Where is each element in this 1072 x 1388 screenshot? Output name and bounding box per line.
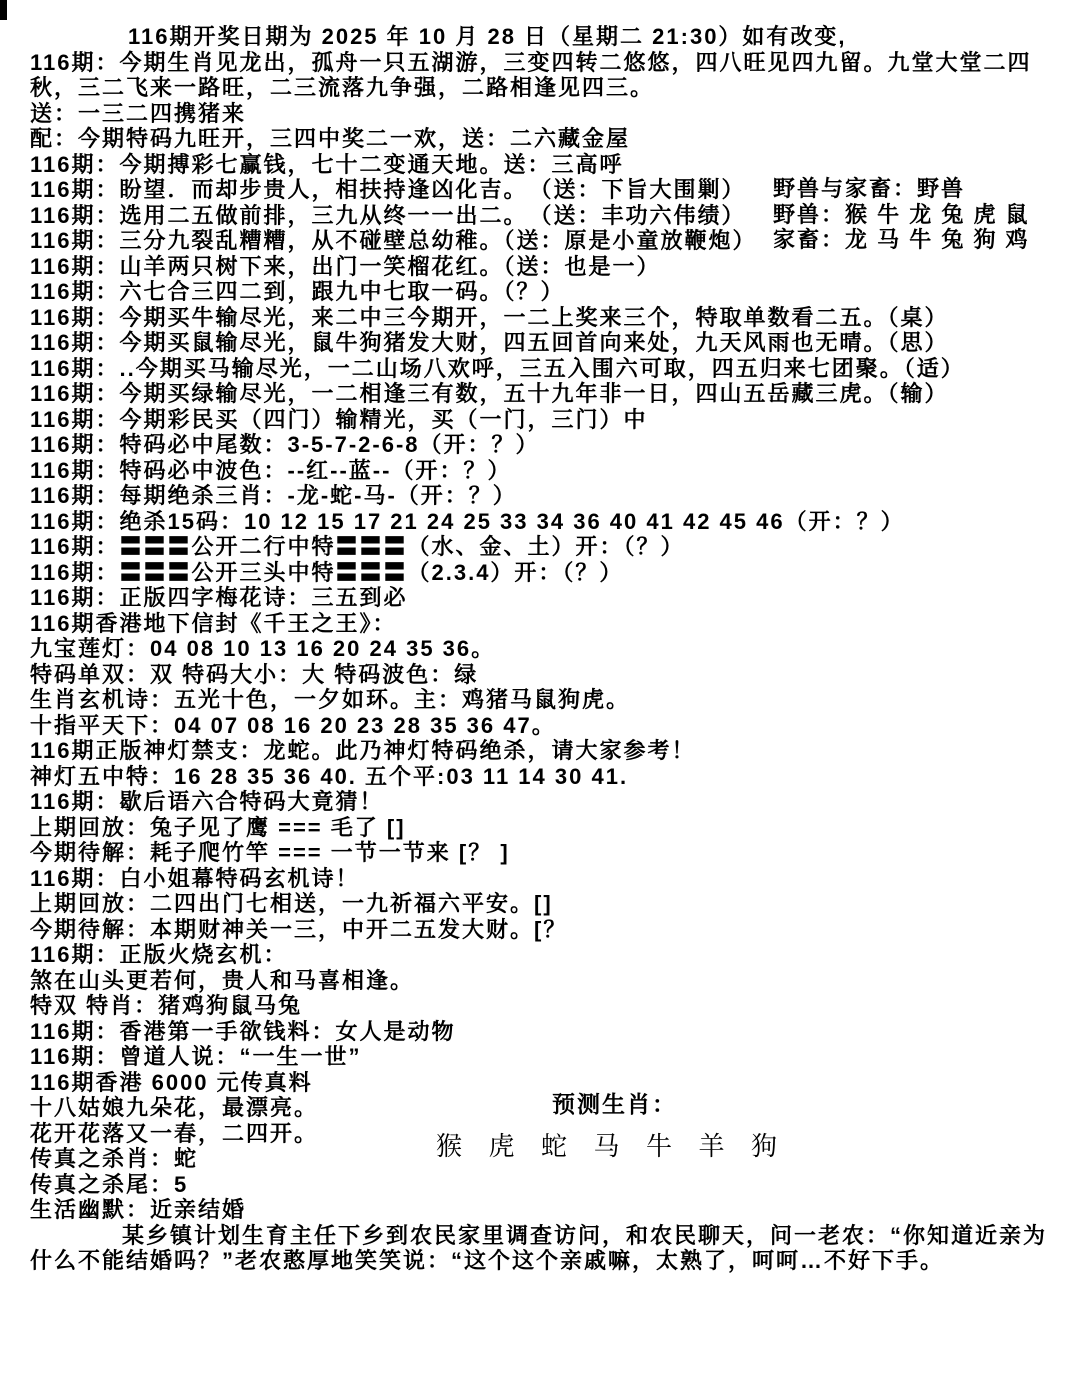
text-line: 生活幽默：近亲结婚 — [30, 1197, 1068, 1223]
text-line: 配：今期特码九旺开，三四中奖二一欢，送：二六藏金屋 — [30, 126, 1068, 152]
text-line: 传真之杀尾：5 — [30, 1172, 1068, 1198]
text-line: 116期：歇后语六合特码大竟猜！ — [30, 789, 1068, 815]
text-line: 116期：..今期买马输尽光，一二山场八欢呼，三五入围六可取，四五归来七团聚。（… — [30, 356, 1068, 382]
text-line: 116期：每期绝杀三肖：-龙-蛇-马-（开：？） — [30, 483, 1068, 509]
text-line: 上期回放：兔子见了鹰 === 毛了 [] — [30, 815, 1068, 841]
text-line: 116期：香港第一手欲钱料：女人是动物 — [30, 1019, 1068, 1045]
text-line: 今期待解：耗子爬竹竿 === 一节一节来 [？ ] — [30, 840, 1068, 866]
text-line: 116期：今期生肖见龙出，孤舟一只五湖游，三变四转二悠悠，四八旺见四九留。九堂大… — [30, 50, 1068, 101]
text-line: 116期：白小姐幕特码玄机诗！ — [30, 866, 1068, 892]
text-line: 116期正版神灯禁支：龙蛇。此乃神灯特码绝杀，请大家参考！ — [30, 738, 1068, 764]
beasts-domestic-header: 野兽与家畜：野兽 — [773, 176, 1030, 202]
text-line: 十八姑娘九朵花，最漂亮。 — [30, 1095, 1068, 1121]
text-line: 116期：今期买鼠输尽光，鼠牛狗猪发大财，四五回首向来处，九天风雨也无晴。（思） — [30, 330, 1068, 356]
text-line: 116期：正版火烧玄机： — [30, 942, 1068, 968]
beasts-domestic-panel: 野兽与家畜：野兽 野兽：猴 牛 龙 兔 虎 鼠 家畜：龙 马 牛 兔 狗 鸡 — [773, 176, 1030, 253]
text-line: 特码单双：双 特码大小：大 特码波色：绿 — [30, 662, 1068, 688]
text-line: 116期：特码必中波色：--红--蓝--（开：？） — [30, 458, 1068, 484]
text-line: 送：一三二四携猪来 — [30, 101, 1068, 127]
text-line: 煞在山头更若何，贵人和马喜相逢。 — [30, 968, 1068, 994]
prediction-zodiac-animals: 猴 虎 蛇 马 牛 羊 狗 — [436, 1126, 779, 1163]
text-line: 116期开奖日期为 2025 年 10 月 28 日（星期二 21:30）如有改… — [128, 24, 1068, 50]
wild-beasts-line: 野兽：猴 牛 龙 兔 虎 鼠 — [773, 202, 1030, 228]
text-line: 十指平天下：04 07 08 16 20 23 28 35 36 47。 — [30, 713, 1068, 739]
lottery-tip-sheet-page: 116期开奖日期为 2025 年 10 月 28 日（星期二 21:30）如有改… — [0, 0, 1072, 1388]
text-line: 116期香港地下信封《千王之王》： — [30, 611, 1068, 637]
text-line: 今期待解：本期财神关一三，中开二五发大财。[？ — [30, 917, 1068, 943]
corner-mark — [0, 0, 7, 20]
text-line: 116期：曾道人说：“一生一世” — [30, 1044, 1068, 1070]
text-line: 九宝莲灯：04 08 10 13 16 20 24 35 36。 — [30, 636, 1068, 662]
text-line: 116期：今期搏彩七赢钱，七十二变通天地。送：三高呼 — [30, 152, 1068, 178]
text-line: 生肖玄机诗：五光十色，一夕如环。主：鸡猪马鼠狗虎。 — [30, 687, 1068, 713]
text-line: 116期：山羊两只树下来，出门一笑榴花红。（送：也是一） — [30, 254, 1068, 280]
prediction-zodiac-label: 预测生肖： — [552, 1086, 677, 1119]
text-line: 神灯五中特：16 28 35 36 40. 五个平:03 11 14 30 41… — [30, 764, 1068, 790]
text-line: 特双 特肖：猪鸡狗鼠马兔 — [30, 993, 1068, 1019]
text-line: 上期回放：二四出门七相送，一九祈福六平安。[] — [30, 891, 1068, 917]
text-line: 116期：〓〓〓公开二行中特〓〓〓（水、金、土）开：（？） — [30, 534, 1068, 560]
text-line: 116期香港 6000 元传真料 — [30, 1070, 1068, 1096]
text-line: 某乡镇计划生育主任下乡到农民家里调查访问，和农民聊天，问一老农：“你知道近亲为什… — [30, 1223, 1068, 1274]
text-line: 116期：六七合三四二到，跟九中七取一码。（？） — [30, 279, 1068, 305]
text-line: 116期：绝杀15码：10 12 15 17 21 24 25 33 34 36… — [30, 509, 1068, 535]
text-line: 116期：特码必中尾数：3-5-7-2-6-8（开：？） — [30, 432, 1068, 458]
text-line: 116期：正版四字梅花诗：三五到必 — [30, 585, 1068, 611]
text-line: 116期：今期彩民买（四门）输精光，买（一门，三门）中 — [30, 407, 1068, 433]
text-line: 116期：今期买绿输尽光，一二相逢三有数，五十九年非一日，四山五岳藏三虎。（输） — [30, 381, 1068, 407]
text-line: 116期：今期买牛输尽光，来二中三今期开，一二上奖来三个，特取单数看二五。（桌） — [30, 305, 1068, 331]
domestic-animals-line: 家畜：龙 马 牛 兔 狗 鸡 — [773, 227, 1030, 253]
text-line: 116期：〓〓〓公开三头中特〓〓〓（2.3.4）开：（？） — [30, 560, 1068, 586]
